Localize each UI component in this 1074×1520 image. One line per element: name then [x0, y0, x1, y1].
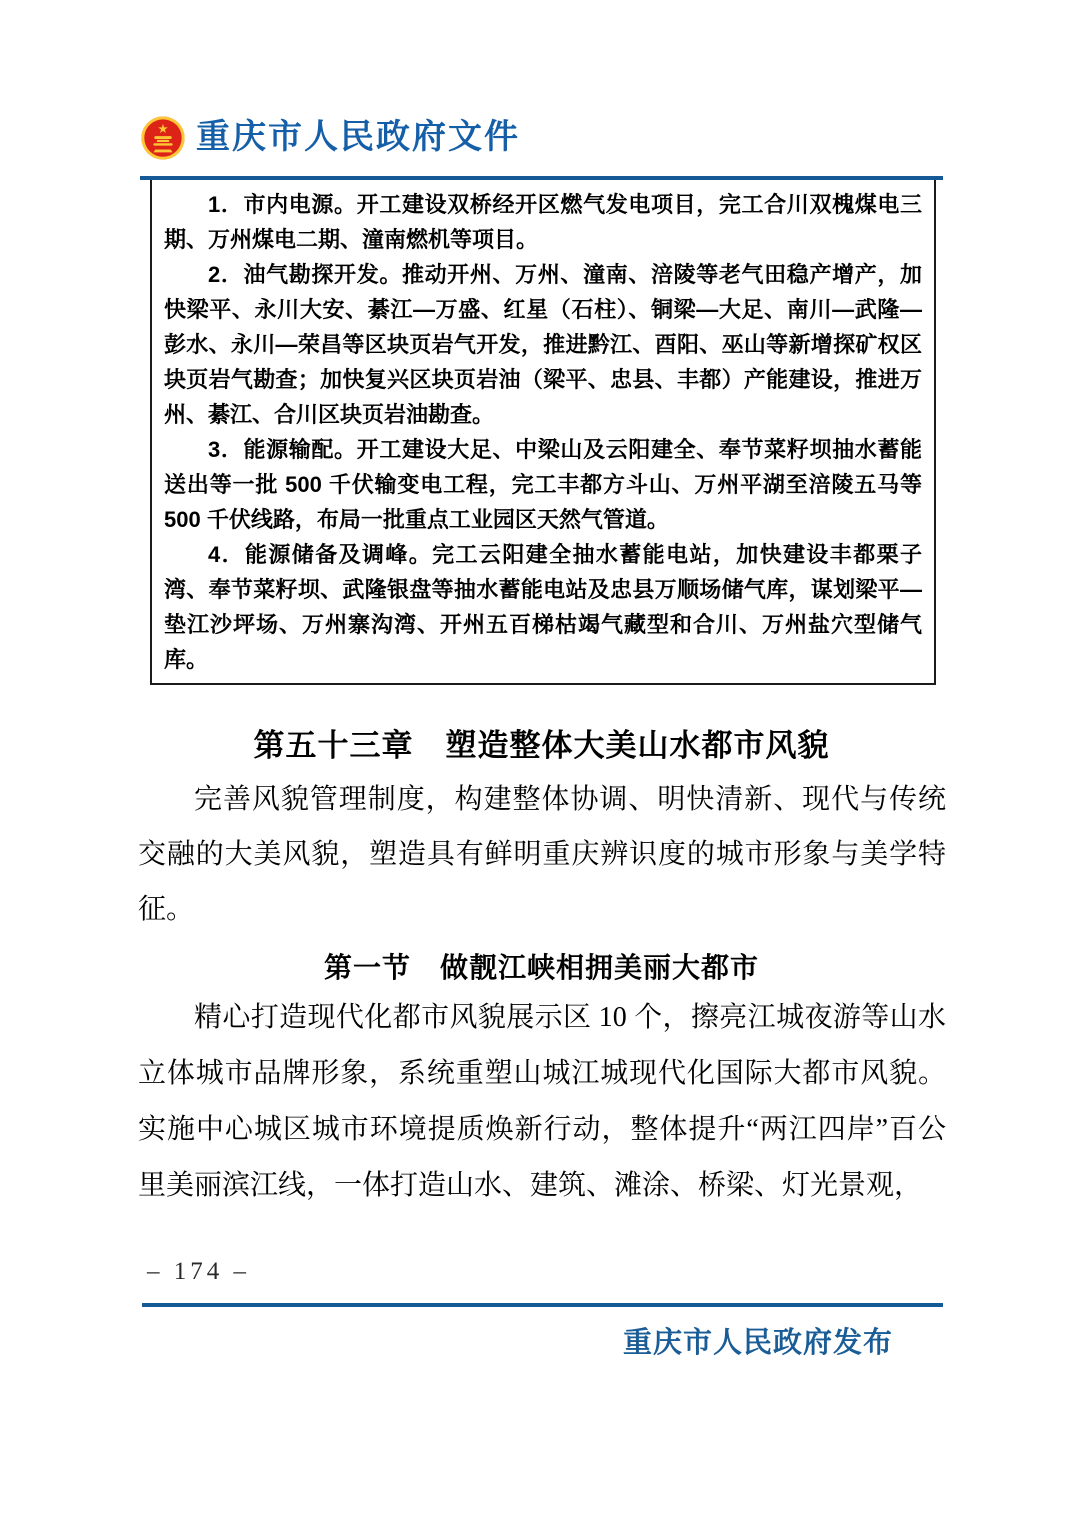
- page-number: – 174 –: [147, 1258, 250, 1286]
- document-header: ★ 重庆市人民政府文件: [140, 112, 520, 164]
- document-page: ★ 重庆市人民政府文件 1．市内电源。开工建设双桥经开区燃气发电项目，完工合川双…: [0, 0, 1074, 1520]
- policy-box: 1．市内电源。开工建设双桥经开区燃气发电项目，完工合川双槐煤电三期、万州煤电二期…: [150, 180, 936, 685]
- body-paragraph-2: 精心打造现代化都市风貌展示区 10 个，擦亮江城夜游等山水立体城市品牌形象，系统…: [138, 990, 946, 1214]
- section-heading: 第一节 做靓江峡相拥美丽大都市: [140, 946, 943, 986]
- header-title: 重庆市人民政府文件: [196, 112, 520, 164]
- chapter-heading: 第五十三章 塑造整体大美山水都市风貌: [140, 720, 943, 765]
- national-emblem-icon: ★: [140, 115, 186, 161]
- body-paragraph-1: 完善风貌管理制度，构建整体协调、明快清新、现代与传统交融的大美风貌，塑造具有鲜明…: [138, 772, 946, 937]
- policy-item-4: 4．能源储备及调峰。完工云阳建全抽水蓄能电站，加快建设丰都栗子湾、奉节菜籽坝、武…: [164, 537, 922, 677]
- svg-text:★: ★: [157, 122, 168, 136]
- policy-item-1: 1．市内电源。开工建设双桥经开区燃气发电项目，完工合川双槐煤电三期、万州煤电二期…: [164, 187, 922, 257]
- publisher-label: 重庆市人民政府发布: [140, 1320, 893, 1361]
- policy-item-3: 3．能源输配。开工建设大足、中梁山及云阳建全、奉节菜籽坝抽水蓄能送出等一批 50…: [164, 432, 922, 537]
- policy-item-2: 2．油气勘探开发。推动开州、万州、潼南、涪陵等老气田稳产增产，加快梁平、永川大安…: [164, 257, 922, 432]
- footer-rule: [142, 1303, 943, 1307]
